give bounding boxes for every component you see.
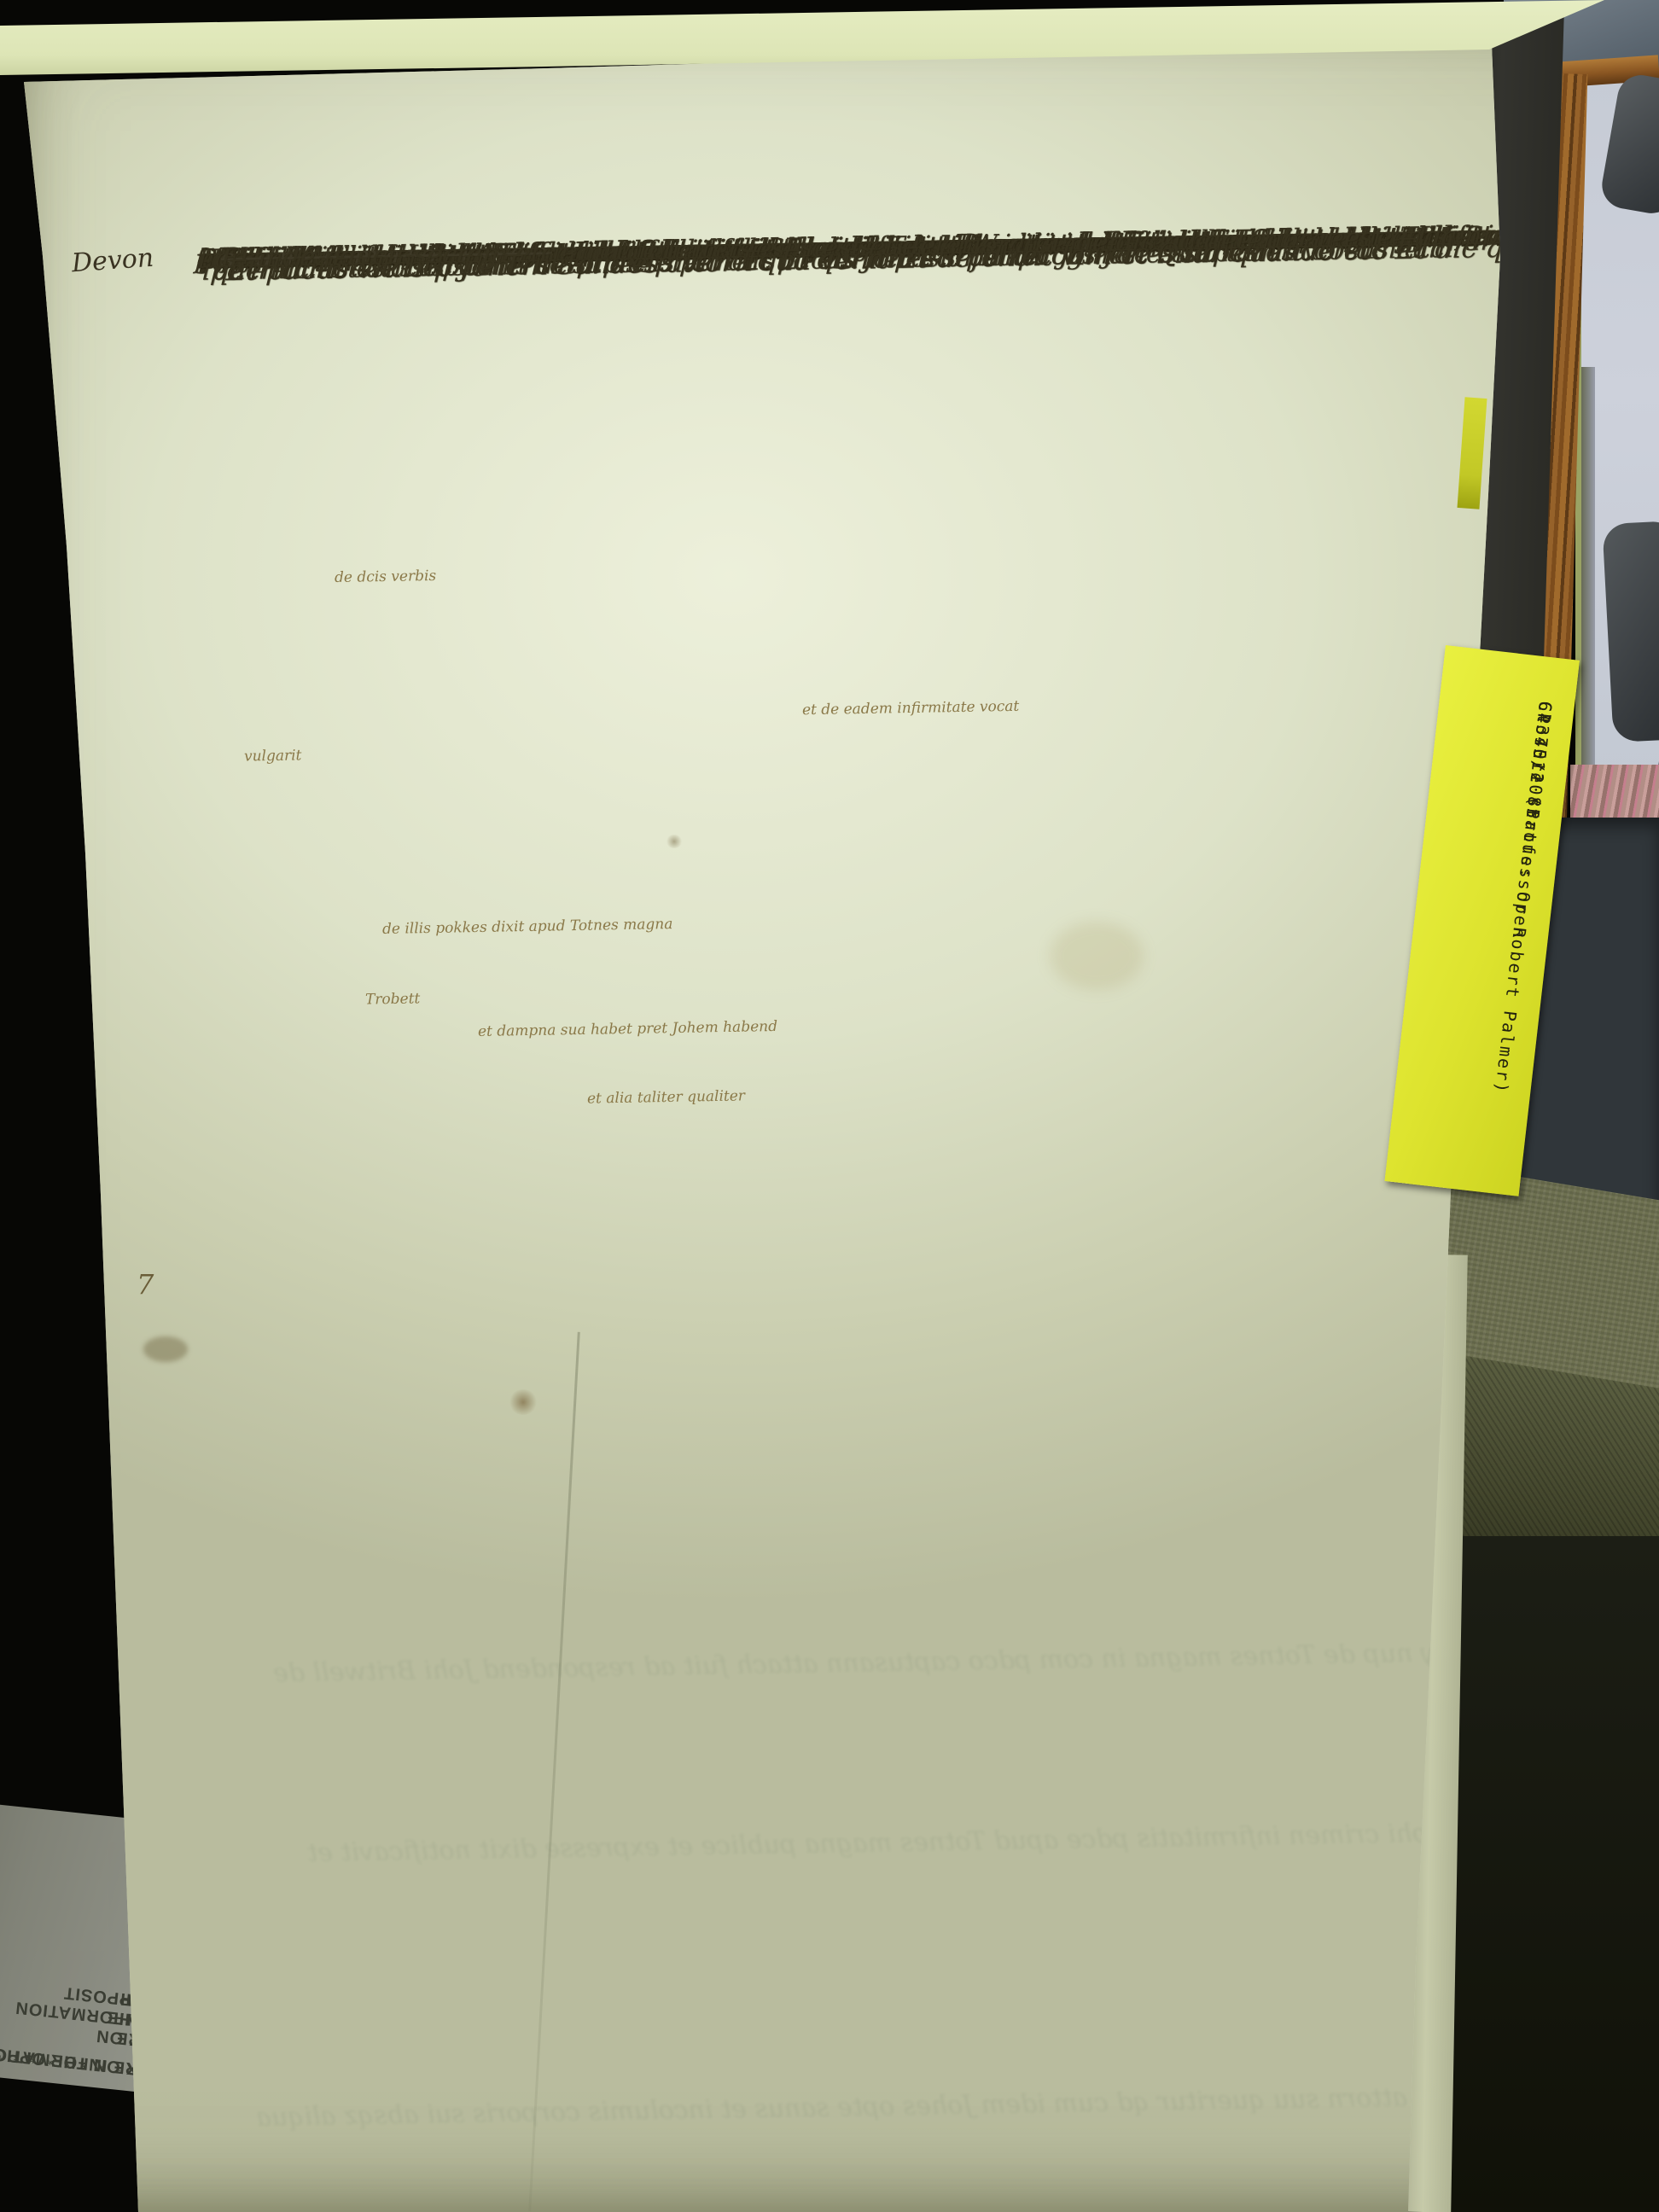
interlinear-note: Trobett bbox=[365, 990, 421, 1008]
table-edge-shadow bbox=[1581, 367, 1595, 794]
interlinear-note: vulgarit bbox=[244, 747, 302, 765]
parchment-crease bbox=[528, 1332, 580, 2212]
manuscript-text-block: Wills Walory nup de Totnes magna in com … bbox=[195, 212, 1492, 236]
stain-faint bbox=[1050, 922, 1144, 990]
interlinear-note: et de eadem infirmitate vocat bbox=[802, 698, 1020, 719]
stain-spot bbox=[509, 1389, 538, 1415]
interlinear-note: et dampna sua habet pret Johem habend bbox=[478, 1018, 777, 1040]
margin-paragraph-mark: 7 bbox=[137, 1268, 154, 1301]
photo-manuscript-scene: * * * * * * * * * * RE INFORMATION SH X … bbox=[0, 0, 1659, 2212]
interlinear-note: de dcis verbis bbox=[335, 568, 436, 586]
ink-show-through: Wills Walory nup de Totnes magna in com … bbox=[273, 1636, 1582, 1689]
stain-smudge bbox=[143, 1336, 188, 1362]
interlinear-note: de illis pokkes dixit apud Totnes magna bbox=[382, 916, 673, 938]
margin-county-note: Devon bbox=[71, 243, 154, 279]
stain-spot bbox=[666, 835, 683, 848]
cut-off-text-fragment: p Wiltis ap ffranc de Smythes regni Regi… bbox=[461, 0, 1400, 20]
interlinear-note: et alia taliter qualiter bbox=[587, 1087, 745, 1107]
